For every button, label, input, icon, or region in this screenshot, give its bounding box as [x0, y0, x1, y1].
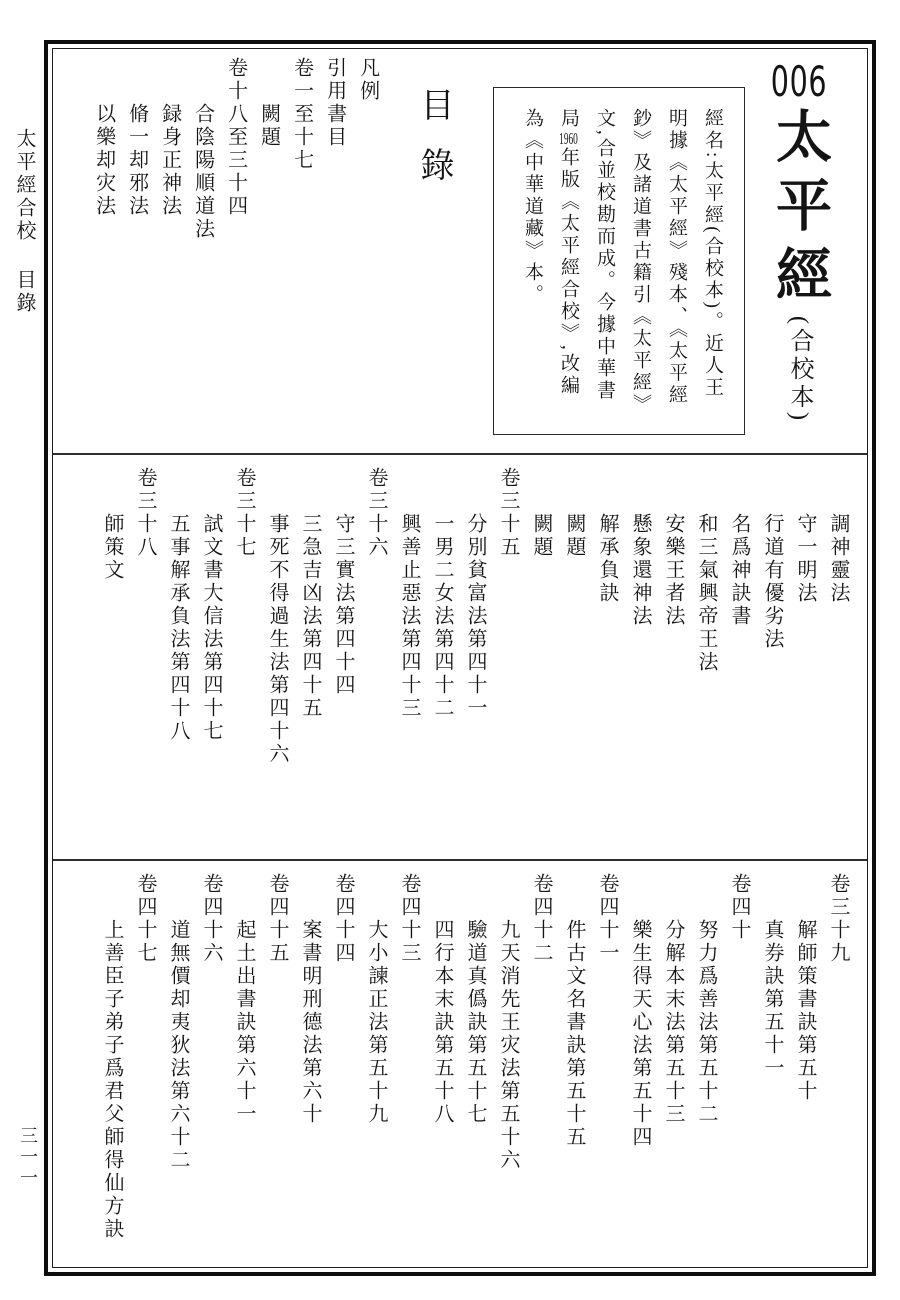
margin-title-main: 太平經合校: [13, 128, 35, 243]
page-number: 三一一: [15, 1126, 41, 1189]
colophon-text: 經名:太平經(合校本)。近人王明據《太平經》殘本、《太平經鈔》及諸道書古籍引《太…: [558, 108, 723, 407]
toc-item: 卷四十三: [398, 873, 420, 1255]
toc-item: 懸象還神法: [629, 467, 651, 847]
toc-item: 卷四十五: [266, 873, 288, 1255]
toc-item: 驗道真僞訣第五十七: [464, 873, 486, 1255]
toc-item: 大小諫正法第五十九: [365, 873, 387, 1255]
toc-item: 卷一至十七: [291, 57, 313, 443]
toc-item: 卷三十六: [365, 467, 387, 847]
toc-band-3: 卷三十九解師策書訣第五十真券訣第五十一卷四十努力爲善法第五十二分解本末法第五十三…: [53, 859, 867, 1267]
toc-item: 闕題: [258, 57, 280, 443]
margin-title-sub: 目錄: [13, 269, 35, 315]
toc-columns-band1: 目錄 凡例引用書目卷一至十七闕題卷十八至三十四合陰陽順道法録身正神法脩一却邪法以…: [63, 57, 452, 443]
colophon-note-box: 經名:太平經(合校本)。近人王明據《太平經》殘本、《太平經鈔》及諸道書古籍引《太…: [493, 87, 745, 435]
toc-item: 闕題: [530, 467, 552, 847]
toc-item: 分別貧富法第四十一: [464, 467, 486, 847]
book-title-block: 太平經(合校本): [759, 107, 839, 424]
toc-item: 上善臣子弟子爲君父師得仙方訣: [101, 873, 123, 1255]
toc-item: 事死不得過生法第四十六: [266, 467, 288, 847]
toc-item: 道無價却夷狄法第六十二: [167, 873, 189, 1255]
toc-item: 卷三十七: [233, 467, 255, 847]
toc-item: 真券訣第五十一: [761, 873, 783, 1255]
toc-item: 以樂却灾法: [93, 57, 115, 443]
toc-item: 卷四十二: [530, 873, 552, 1255]
toc-item: 努力爲善法第五十二: [695, 873, 717, 1255]
toc-item: 四行本末訣第五十八: [431, 873, 453, 1255]
toc-item: 一男二女法第四十二: [431, 467, 453, 847]
toc-item: 師策文: [101, 467, 123, 847]
toc-item: 卷四十六: [200, 873, 222, 1255]
toc-item: 和三氣興帝王法: [695, 467, 717, 847]
toc-item: 卷十八至三十四: [225, 57, 247, 443]
toc-item: 卷三十五: [497, 467, 519, 847]
toc-item: 録身正神法: [159, 57, 181, 443]
toc-band-1: 006 太平經(合校本) 經名:太平經(合校本)。近人王明據《太平經》殘本、《太…: [53, 49, 867, 453]
page-frame-inner-rule: 006 太平經(合校本) 經名:太平經(合校本)。近人王明據《太平經》殘本、《太…: [52, 48, 868, 1268]
year-figure: 1960: [559, 130, 578, 147]
book-edition-label: (合校本): [786, 316, 812, 424]
toc-item: 安樂王者法: [662, 467, 684, 847]
toc-item: 闕題: [563, 467, 585, 847]
toc-item: 凡例: [357, 57, 379, 443]
toc-item: 脩一却邪法: [126, 57, 148, 443]
toc-item: 卷三十九: [827, 873, 849, 1255]
toc-item: 守三實法第四十四: [332, 467, 354, 847]
toc-heading: 目錄: [415, 57, 452, 443]
toc-item: 興善止惡法第四十三: [398, 467, 420, 847]
toc-item: 卷四十一: [596, 873, 618, 1255]
toc-item: 案書明刑德法第六十: [299, 873, 321, 1255]
toc-item: 樂生得天心法第五十四: [629, 873, 651, 1255]
toc-item: 名爲神訣書: [728, 467, 750, 847]
toc-item: 卷四十四: [332, 873, 354, 1255]
toc-item: 分解本末法第五十三: [662, 873, 684, 1255]
toc-item: 合陰陽順道法: [192, 57, 214, 443]
toc-item: 試文書大信法第四十七: [200, 467, 222, 847]
toc-item: 卷四十: [728, 873, 750, 1255]
page-frame: 006 太平經(合校本) 經名:太平經(合校本)。近人王明據《太平經》殘本、《太…: [44, 40, 876, 1276]
toc-item: 五事解承負法第四十八: [167, 467, 189, 847]
toc-item: 卷四十七: [134, 873, 156, 1255]
toc-item: 起土出書訣第六十一: [233, 873, 255, 1255]
toc-item: 行道有優劣法: [761, 467, 783, 847]
toc-band-2: 調神靈法守一明法行道有優劣法名爲神訣書和三氣興帝王法安樂王者法懸象還神法解承負訣…: [53, 453, 867, 859]
toc-item: 調神靈法: [827, 467, 849, 847]
margin-running-title: 太平經合校目錄: [10, 128, 39, 315]
toc-item: 件古文名書訣第五十五: [563, 873, 585, 1255]
colophon-text: 年版《太平經合校》,改編為《中華道藏》本。: [522, 108, 579, 397]
series-number: 006: [769, 59, 829, 105]
toc-item: 解承負訣: [596, 467, 618, 847]
toc-item: 守一明法: [794, 467, 816, 847]
book-title: 太平經: [768, 107, 830, 314]
toc-item: 卷三十八: [134, 467, 156, 847]
toc-item: 引用書目: [324, 57, 346, 443]
toc-item: 三急吉凶法第四十五: [299, 467, 321, 847]
masthead: 006 太平經(合校本): [755, 59, 843, 424]
toc-item: 九天消先王灾法第五十六: [497, 873, 519, 1255]
toc-item: 解師策書訣第五十: [794, 873, 816, 1255]
